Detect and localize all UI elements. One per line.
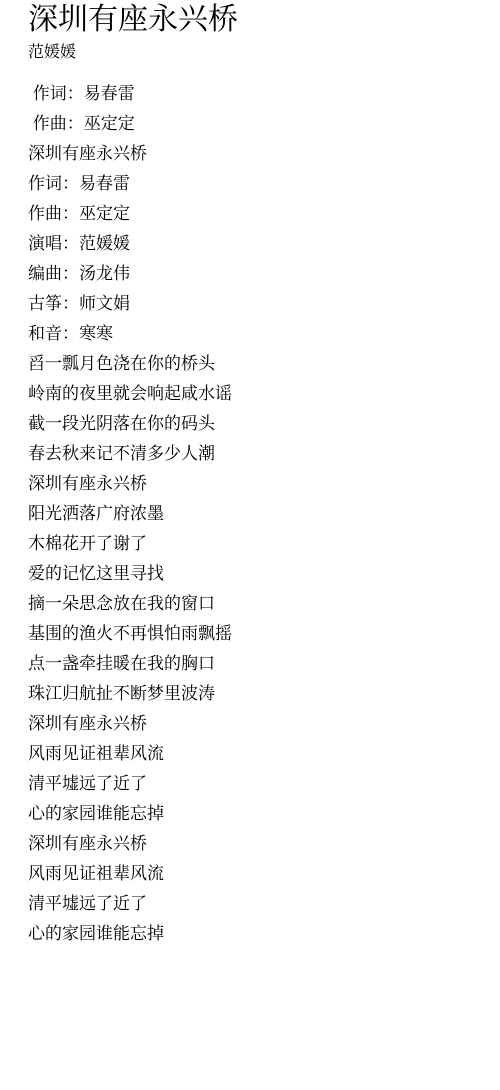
page-title: 深圳有座永兴桥 [28,2,490,38]
lyric-line: 心的家园谁能忘掉 [28,919,490,949]
lyric-line: 风雨见证祖辈风流 [28,739,490,769]
lyric-line: 作曲：巫定定 [28,199,490,229]
lyric-line: 作词：易春雷 [28,169,490,199]
lyric-line: 深圳有座永兴桥 [28,709,490,739]
lyric-line: 深圳有座永兴桥 [28,139,490,169]
lyric-line: 和音：寒寒 [28,319,490,349]
lyrics-page: 深圳有座永兴桥 范媛媛 作词：易春雷 作曲：巫定定深圳有座永兴桥作词：易春雷作曲… [0,0,500,1090]
lyric-line: 点一盏牵挂暖在我的胸口 [28,649,490,679]
lyric-line: 舀一瓢月色浇在你的桥头 [28,349,490,379]
lyric-line: 春去秋来记不清多少人潮 [28,439,490,469]
lyric-line: 清平墟远了近了 [28,769,490,799]
lyric-line: 心的家园谁能忘掉 [28,799,490,829]
lyric-line: 爱的记忆这里寻找 [28,559,490,589]
lyrics-block: 作词：易春雷 作曲：巫定定深圳有座永兴桥作词：易春雷作曲：巫定定演唱：范媛媛编曲… [28,79,490,949]
lyric-line: 阳光洒落广府浓墨 [28,499,490,529]
lyric-line: 演唱：范媛媛 [28,229,490,259]
lyric-line: 作词：易春雷 [28,79,490,109]
lyric-line: 风雨见证祖辈风流 [28,859,490,889]
lyric-line: 深圳有座永兴桥 [28,829,490,859]
lyric-line: 基围的渔火不再惧怕雨飘摇 [28,619,490,649]
lyric-line: 作曲：巫定定 [28,109,490,139]
lyric-line: 深圳有座永兴桥 [28,469,490,499]
artist-name: 范媛媛 [28,42,490,64]
lyric-line: 清平墟远了近了 [28,889,490,919]
lyric-line: 截一段光阴落在你的码头 [28,409,490,439]
lyric-line: 编曲：汤龙伟 [28,259,490,289]
lyric-line: 古筝：师文娟 [28,289,490,319]
lyric-line: 木棉花开了谢了 [28,529,490,559]
lyric-line: 摘一朵思念放在我的窗口 [28,589,490,619]
lyric-line: 岭南的夜里就会响起咸水谣 [28,379,490,409]
lyric-line: 珠江归航扯不断梦里波涛 [28,679,490,709]
